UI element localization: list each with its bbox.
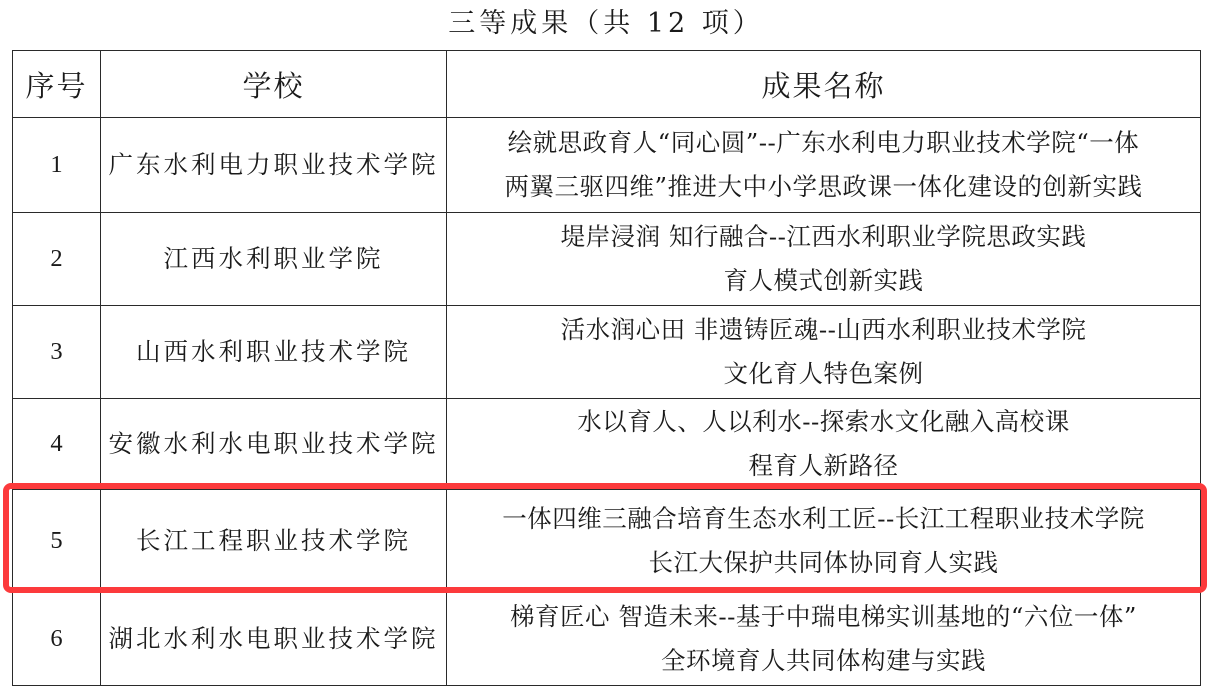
header-no: 序号	[13, 51, 101, 118]
achievement-line: 绘就思政育人“同心圆”--广东水利电力职业技术学院“一体	[447, 121, 1200, 165]
row-no: 5	[13, 490, 101, 593]
row-school: 湖北水利水电职业技术学院	[101, 593, 447, 686]
row-school: 长江工程职业技术学院	[101, 490, 447, 593]
table-row: 1 广东水利电力职业技术学院 绘就思政育人“同心圆”--广东水利电力职业技术学院…	[13, 118, 1201, 213]
achievement-line: 程育人新路径	[447, 444, 1200, 488]
row-no: 1	[13, 118, 101, 213]
achievement-line: 育人模式创新实践	[447, 259, 1200, 303]
table-row: 3 山西水利职业技术学院 活水润心田 非遗铸匠魂--山西水利职业技术学院 文化育…	[13, 306, 1201, 399]
achievement-line: 一体四维三融合培育生态水利工匠--长江工程职业技术学院	[447, 497, 1200, 541]
document-title: 三等成果（共 12 项）	[0, 4, 1212, 44]
achievement-line: 长江大保护共同体协同育人实践	[447, 541, 1200, 585]
table-header-row: 序号 学校 成果名称	[13, 51, 1201, 118]
row-achievement: 水以育人、人以利水--探索水文化融入高校课 程育人新路径	[447, 399, 1201, 490]
row-school: 山西水利职业技术学院	[101, 306, 447, 399]
row-school: 安徽水利水电职业技术学院	[101, 399, 447, 490]
achievement-line: 活水润心田 非遗铸匠魂--山西水利职业技术学院	[447, 308, 1200, 352]
header-school: 学校	[101, 51, 447, 118]
achievement-line: 全环境育人共同体构建与实践	[447, 639, 1200, 683]
table-row: 2 江西水利职业学院 堤岸浸润 知行融合--江西水利职业学院思政实践 育人模式创…	[13, 213, 1201, 306]
row-no: 4	[13, 399, 101, 490]
table-row-highlighted: 5 长江工程职业技术学院 一体四维三融合培育生态水利工匠--长江工程职业技术学院…	[13, 490, 1201, 593]
row-achievement: 梯育匠心 智造未来--基于中瑞电梯实训基地的“六位一体” 全环境育人共同体构建与…	[447, 593, 1201, 686]
row-no: 3	[13, 306, 101, 399]
row-achievement: 一体四维三融合培育生态水利工匠--长江工程职业技术学院 长江大保护共同体协同育人…	[447, 490, 1201, 593]
row-achievement: 堤岸浸润 知行融合--江西水利职业学院思政实践 育人模式创新实践	[447, 213, 1201, 306]
awards-table: 序号 学校 成果名称 1 广东水利电力职业技术学院 绘就思政育人“同心圆”--广…	[12, 50, 1201, 686]
row-achievement: 活水润心田 非遗铸匠魂--山西水利职业技术学院 文化育人特色案例	[447, 306, 1201, 399]
header-achievement: 成果名称	[447, 51, 1201, 118]
row-school: 江西水利职业学院	[101, 213, 447, 306]
achievement-line: 堤岸浸润 知行融合--江西水利职业学院思政实践	[447, 215, 1200, 259]
row-school: 广东水利电力职业技术学院	[101, 118, 447, 213]
row-achievement: 绘就思政育人“同心圆”--广东水利电力职业技术学院“一体 两翼三驱四维”推进大中…	[447, 118, 1201, 213]
achievement-line: 梯育匠心 智造未来--基于中瑞电梯实训基地的“六位一体”	[447, 595, 1200, 639]
row-no: 6	[13, 593, 101, 686]
achievement-line: 水以育人、人以利水--探索水文化融入高校课	[447, 400, 1200, 444]
row-no: 2	[13, 213, 101, 306]
table-row: 6 湖北水利水电职业技术学院 梯育匠心 智造未来--基于中瑞电梯实训基地的“六位…	[13, 593, 1201, 686]
achievement-line: 文化育人特色案例	[447, 352, 1200, 396]
achievement-line: 两翼三驱四维”推进大中小学思政课一体化建设的创新实践	[447, 165, 1200, 209]
table-row: 4 安徽水利水电职业技术学院 水以育人、人以利水--探索水文化融入高校课 程育人…	[13, 399, 1201, 490]
